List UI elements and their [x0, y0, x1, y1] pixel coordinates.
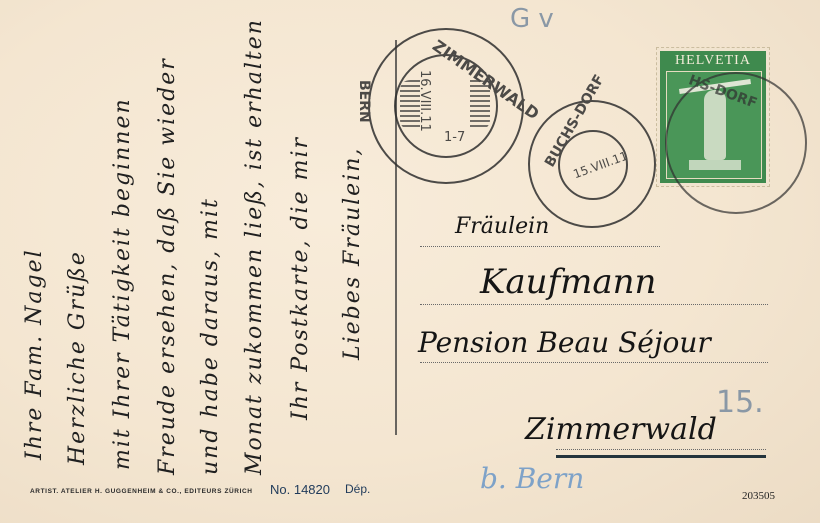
serial-number: 203505 — [742, 490, 775, 502]
postmark-date: 16.VIII.11 — [417, 70, 432, 132]
message-area: Ihre Fam. Nagel Herzliche Grüße mit Ihre… — [10, 20, 380, 480]
pencil-mark-price: 15. — [716, 385, 764, 420]
address-salutation: Fräulein — [455, 214, 549, 239]
publisher-line: ARTIST. ATELIER H. GUGGENHEIM & CO., EDI… — [30, 488, 253, 495]
address-name: Kaufmann — [480, 262, 656, 302]
postmark-cancel-stamp: HS-DORF — [665, 72, 807, 214]
address-underline — [556, 455, 766, 458]
address-line-3 — [420, 362, 768, 363]
message-line: und habe daraus, mit — [198, 197, 223, 475]
catalog-suffix: Dép. — [345, 482, 370, 496]
address-line-4 — [556, 449, 766, 450]
message-line: mit Ihrer Tätigkeit beginnen — [110, 97, 135, 470]
message-line: Freude ersehen, daß Sie wieder — [155, 57, 180, 475]
message-line: Ihre Fam. Nagel — [22, 248, 47, 460]
address-line-2 — [420, 304, 768, 305]
postmark-time: 1-7 — [444, 130, 465, 145]
message-line: Liebes Fräulein, — [340, 147, 365, 360]
stamp-country-label: HELVETIA — [660, 53, 766, 69]
address-blue-note: b. Bern — [480, 462, 584, 495]
postmark-canton: BERN — [356, 80, 372, 123]
address-town: Zimmerwald — [525, 412, 717, 447]
catalog-number: No. 14820 — [270, 482, 330, 497]
address-hotel: Pension Beau Séjour — [418, 326, 711, 359]
address-line-1 — [420, 246, 660, 247]
message-line: Herzliche Grüße — [65, 250, 90, 465]
postmark-text: HS-DORF — [686, 72, 759, 111]
postmark-buchs-dorf: BUCHS-DORF 15.VIII.11 — [528, 100, 656, 228]
postmark-zimmerwald: ZIMMERWALD BERN 16.VIII.11 1-7 — [368, 28, 524, 184]
postcard: Ihre Fam. Nagel Herzliche Grüße mit Ihre… — [0, 0, 820, 523]
message-line: Ihr Postkarte, die mir — [288, 136, 313, 420]
pencil-mark-top: G v — [510, 4, 554, 34]
message-line: Monat zukommen ließ, ist erhalten — [242, 18, 267, 475]
